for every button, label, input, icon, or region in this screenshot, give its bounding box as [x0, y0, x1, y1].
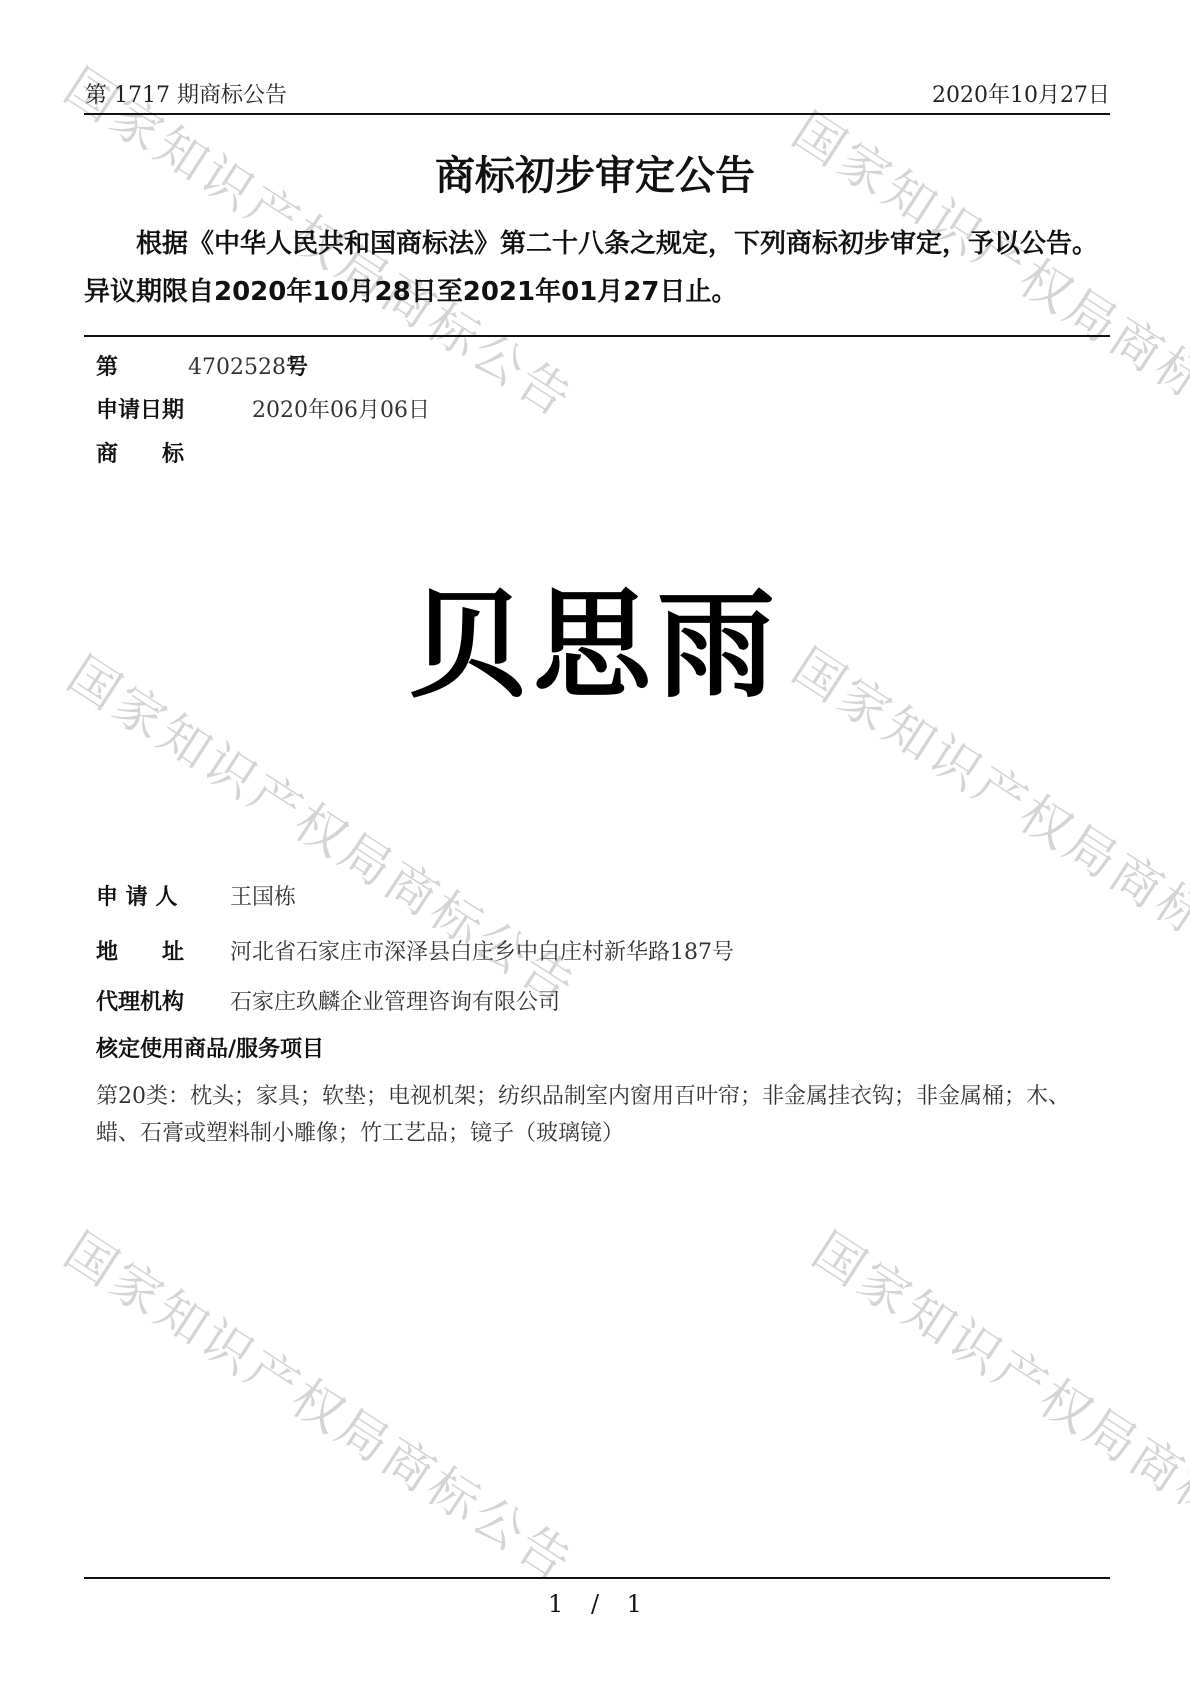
applicant-row: 申 请 人 王国栋	[96, 880, 296, 911]
number-prefix: 第	[96, 350, 188, 381]
registration-number: 47025287	[188, 355, 286, 380]
page-title: 商标初步审定公告	[0, 144, 1190, 201]
goods-list: 第20类：枕头；家具；软垫；电视机架；纺织品制室内窗用百叶帘；非金属挂衣钩；非金…	[96, 1078, 1096, 1152]
header-divider	[84, 113, 1110, 115]
filing-date-label: 申请日期	[96, 393, 252, 424]
intro-paragraph: 根据《中华人民共和国商标法》第二十八条之规定，下列商标初步审定，予以公告。异议期…	[84, 220, 1110, 316]
filing-date: 2020年06月06日	[252, 393, 430, 424]
page-number: 1 / 1	[0, 1590, 1190, 1618]
agency-value: 石家庄玖麟企业管理咨询有限公司	[230, 985, 560, 1016]
address-value: 河北省石家庄市深泽县白庄乡中白庄村新华路187号	[230, 935, 734, 966]
footer-divider	[84, 1577, 1110, 1579]
trademark-mark: 贝思雨	[0, 550, 1190, 720]
trademark-label: 商 标	[96, 437, 184, 468]
agency-row: 代理机构 石家庄玖麟企业管理咨询有限公司	[96, 985, 560, 1016]
applicant-label: 申 请 人	[96, 880, 230, 911]
trademark-row: 商 标	[96, 437, 184, 468]
number-suffix: 号	[286, 350, 308, 381]
issue-number: 第 1717 期商标公告	[85, 78, 287, 109]
watermark: 国家知识产权局商标公告	[53, 1212, 590, 1596]
address-label: 地 址	[96, 935, 230, 966]
address-row: 地 址 河北省石家庄市深泽县白庄乡中白庄村新华路187号	[96, 935, 734, 966]
agency-label: 代理机构	[96, 985, 230, 1016]
goods-heading: 核定使用商品/服务项目	[96, 1032, 324, 1063]
section-divider	[84, 335, 1110, 337]
filing-date-row: 申请日期 2020年06月06日	[96, 393, 430, 424]
publication-date: 2020年10月27日	[932, 78, 1110, 109]
registration-number-row: 第 47025287 号	[96, 350, 308, 381]
watermark: 国家知识产权局商标公告	[801, 1212, 1190, 1596]
applicant-name: 王国栋	[230, 880, 296, 911]
